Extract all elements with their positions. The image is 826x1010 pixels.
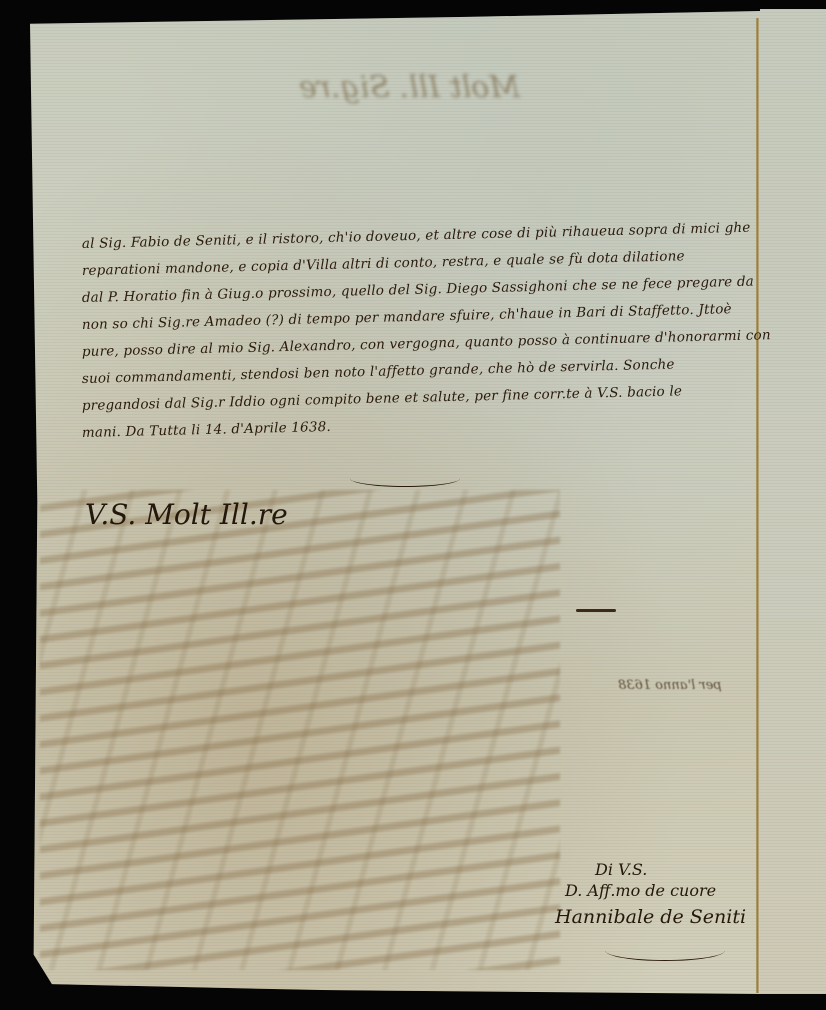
- signature-name: Hannibale de Seniti: [555, 906, 755, 928]
- closing-salutation: V.S. Molt Ill.re: [85, 498, 288, 531]
- mirrored-docket-note: per l'anno 1638: [618, 678, 722, 693]
- ink-bleed-through: [40, 490, 560, 970]
- signature-flourish: [605, 940, 725, 961]
- bleed-through-heading: Molt Ill. Sig.re: [270, 70, 520, 120]
- ink-mark: [576, 609, 616, 612]
- signature-line-2: D. Aff.mo de cuore: [555, 881, 755, 900]
- adjacent-page-edge: [760, 9, 826, 994]
- signature-block: Di V.S. D. Aff.mo de cuore Hannibale de …: [555, 860, 755, 928]
- date-flourish: [350, 470, 460, 487]
- signature-line-1: Di V.S.: [555, 860, 755, 879]
- page-fold: [756, 18, 759, 993]
- letter-body: al Sig. Fabio de Seniti, e il ristoro, c…: [82, 236, 762, 452]
